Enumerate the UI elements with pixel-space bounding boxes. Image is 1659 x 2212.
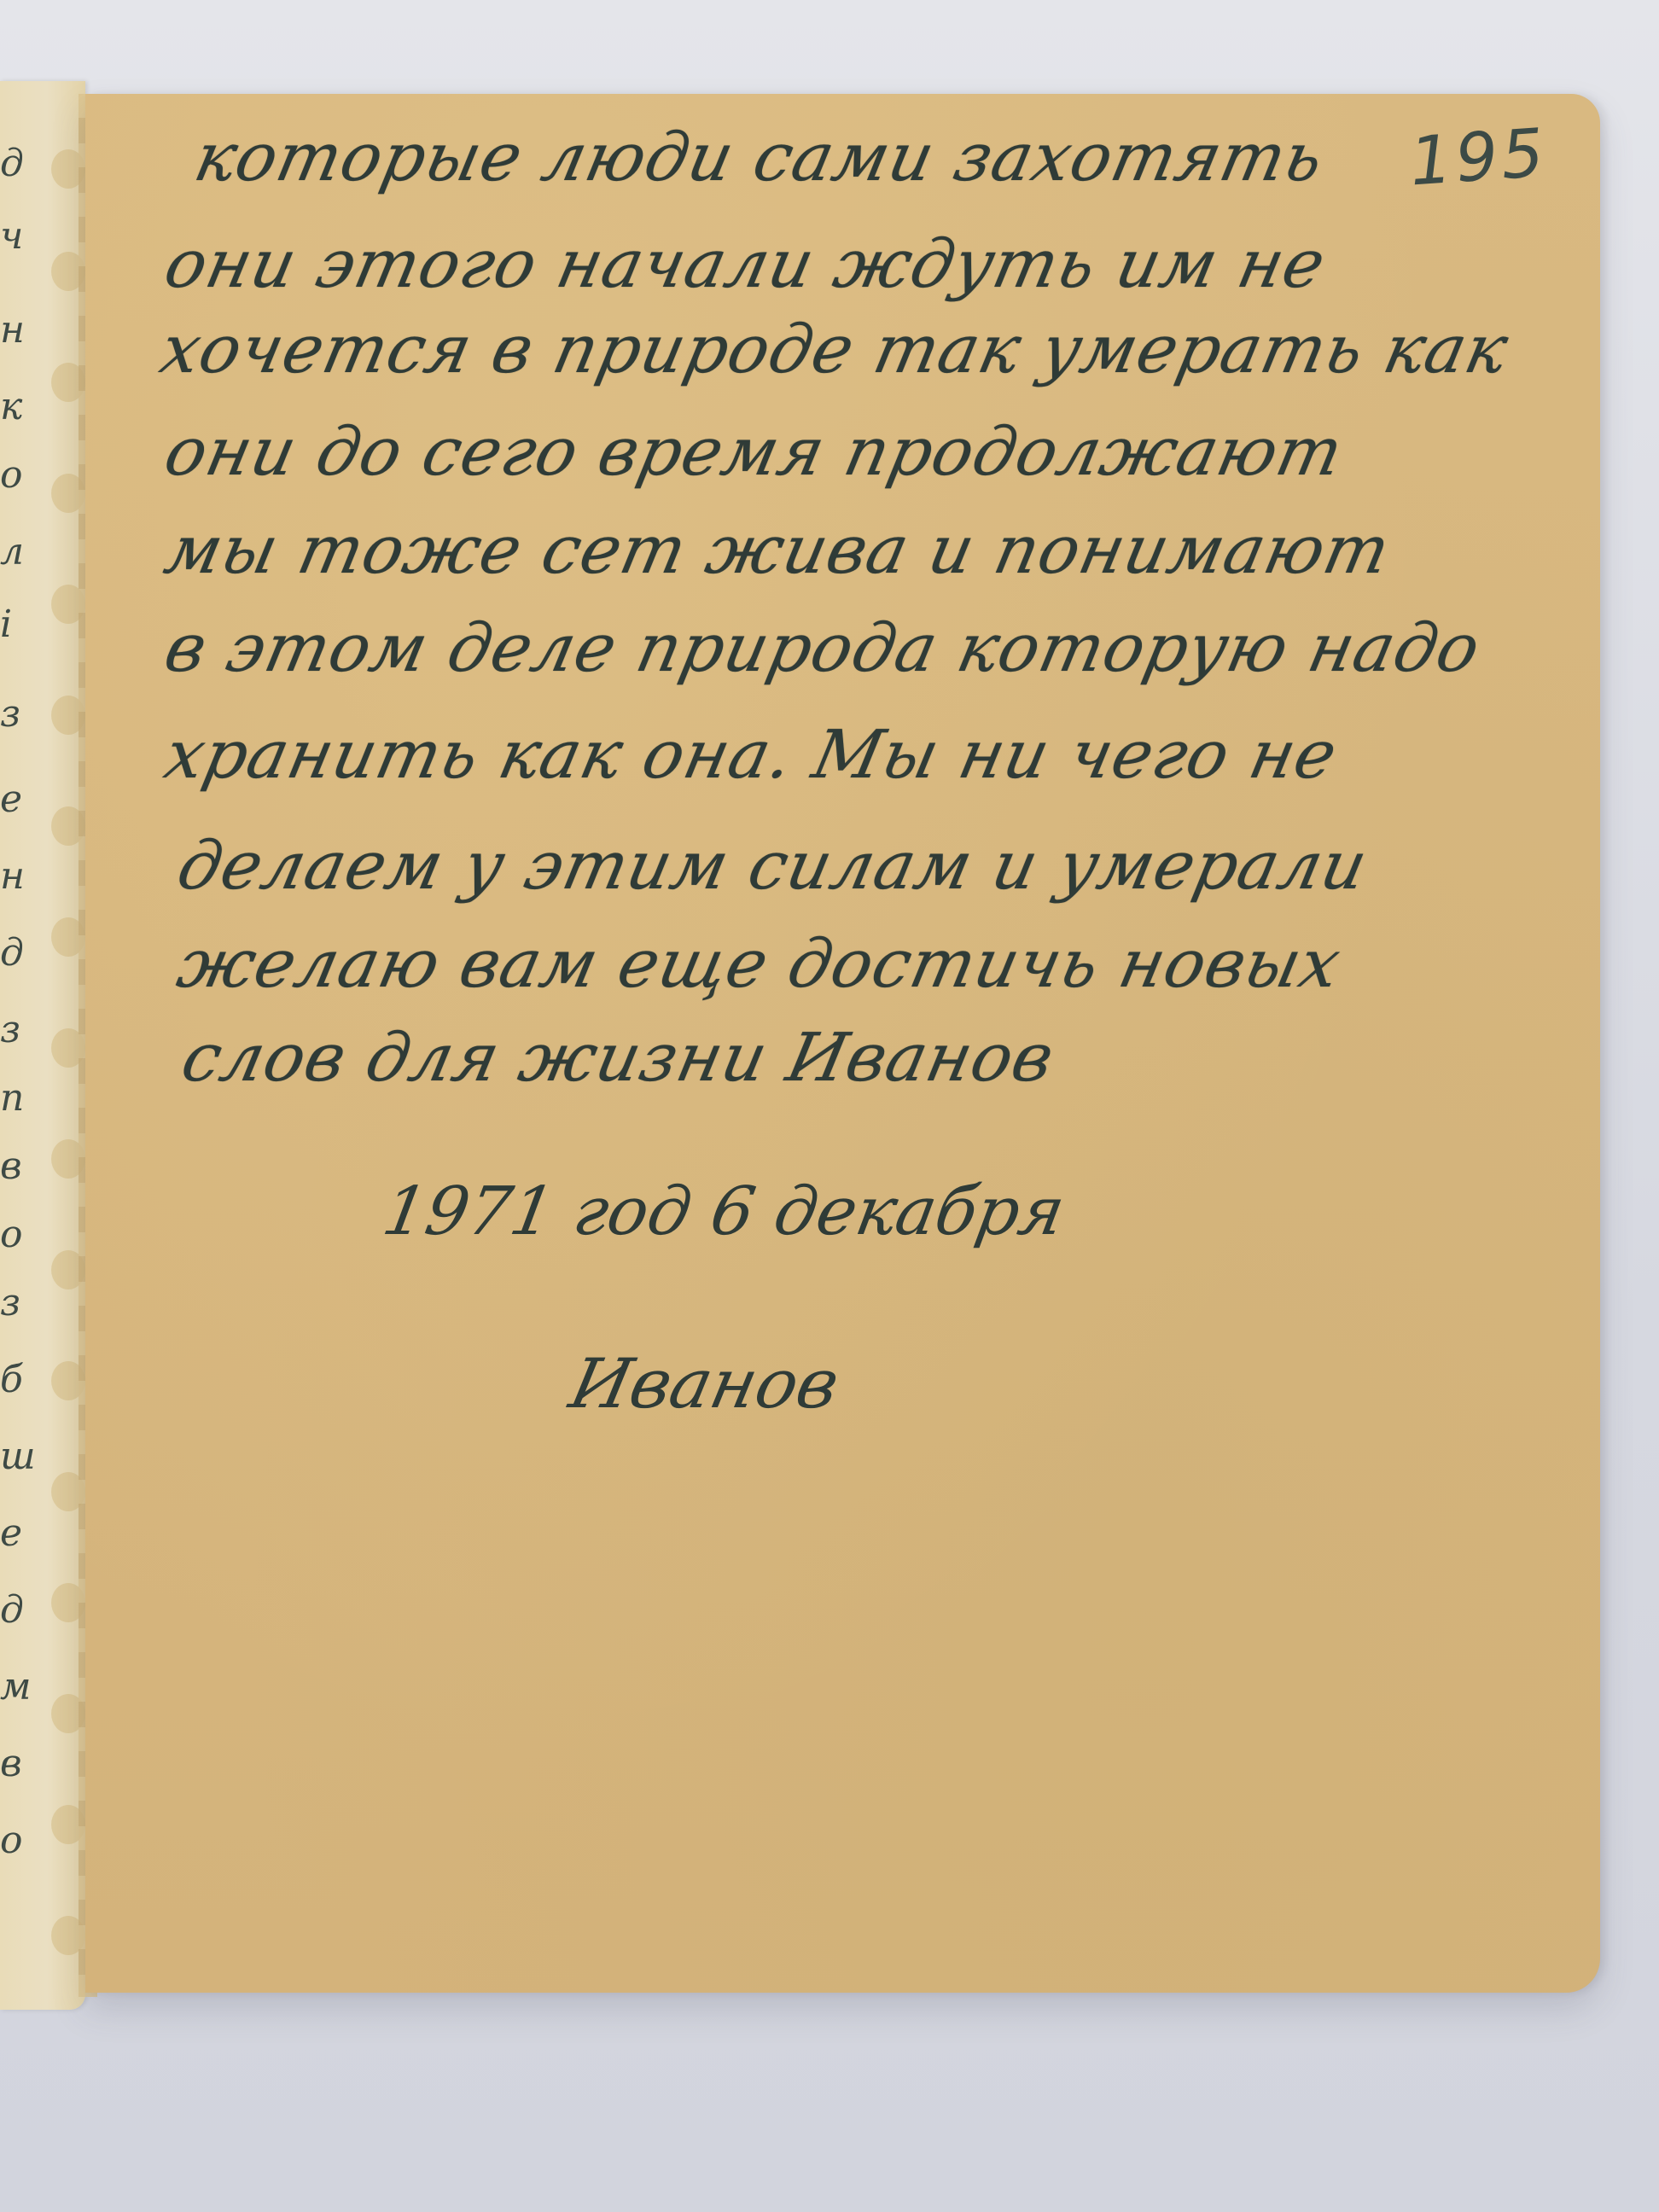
handwritten-line: мы тоже сет жива и понимают [158, 512, 1397, 589]
facing-letter: е [0, 1515, 34, 1552]
facing-letter: п [0, 1080, 34, 1117]
handwritten-line: делаем у этим силам и умерали [171, 828, 1374, 905]
page-number: 195 [1407, 114, 1550, 201]
facing-letter: д [0, 1592, 34, 1629]
handwritten-line: которые люди сами захотять [188, 119, 1330, 196]
facing-letter: е [0, 781, 34, 818]
facing-letter: з [0, 1284, 34, 1322]
handwritten-line: в этом деле природа которую надо [158, 610, 1487, 687]
facing-letter: н [0, 311, 34, 349]
facing-letter: к [0, 388, 34, 426]
facing-letter: з [0, 696, 34, 733]
facing-page-edge: д ч н к о л і з е н д з п в о з б ш е д … [0, 81, 85, 2010]
facing-letter: д [0, 145, 34, 183]
facing-letter: з [0, 1011, 34, 1049]
facing-letter: д [0, 934, 34, 972]
facing-letter: л [0, 533, 34, 571]
signature: Иванов [563, 1344, 846, 1423]
facing-letter: о [0, 1216, 34, 1254]
date-line: 1971 год 6 декабря [377, 1173, 1070, 1250]
handwritten-line: они этого начали ждуть им не [158, 226, 1332, 303]
handwritten-line: желаю вам еще достичь новых [171, 926, 1347, 1003]
facing-letter: ч [0, 218, 34, 255]
notebook-page: 195 которые люди сами захотять они этого… [85, 94, 1600, 1993]
facing-letter: м [0, 1668, 34, 1706]
facing-letter: і [0, 606, 34, 643]
facing-letter: ш [0, 1438, 34, 1476]
facing-letter: б [0, 1361, 34, 1399]
facing-letter: о [0, 457, 34, 494]
handwritten-line: хранить как она. Мы ни чего не [158, 717, 1343, 794]
handwritten-line: они до сего время продолжают [158, 414, 1349, 491]
handwritten-line: хочется в природе так умерать как [154, 311, 1515, 388]
facing-letter: в [0, 1148, 34, 1185]
facing-letter: о [0, 1822, 34, 1860]
facing-letter: н [0, 858, 34, 895]
facing-letter: в [0, 1745, 34, 1783]
handwritten-line: слов для жизни Иванов [175, 1020, 1061, 1097]
